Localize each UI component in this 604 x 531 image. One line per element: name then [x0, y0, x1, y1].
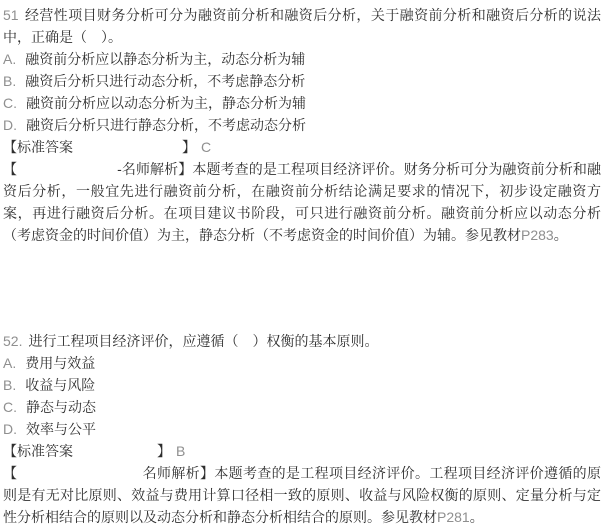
option-text: 静态与动态: [26, 399, 96, 415]
option-label: C.: [3, 95, 17, 111]
option-label: D.: [3, 421, 17, 437]
option-row-b: B.收益与风险: [3, 374, 601, 396]
textbook-page-ref: P281: [437, 509, 470, 525]
option-text: 效率与公平: [26, 421, 96, 437]
analysis-suffix: 。: [554, 227, 568, 243]
question-stem-text: 进行工程项目经济评价，应遵循（ ）权衡的基本原则。: [28, 333, 378, 349]
option-row-c: C.静态与动态: [3, 396, 601, 418]
option-row-d: D.效率与公平: [3, 418, 601, 440]
analysis-open-bracket: 【: [3, 465, 17, 481]
option-text: 收益与风险: [25, 377, 95, 393]
question-stem-text: 经营性项目财务分析可分为融资前分析和融资后分析，关于融资前分析和融资后分析的说法…: [3, 7, 601, 45]
option-text: 融资前分析应以动态分析为主，静态分析为辅: [26, 95, 306, 111]
question-52: 52.进行工程项目经济评价，应遵循（ ）权衡的基本原则。 A.费用与效益 B.收…: [3, 330, 601, 528]
analysis-label: -名师解析】: [117, 161, 192, 177]
answer-value: C: [201, 139, 211, 155]
analysis-label: 名师解析】: [142, 465, 214, 481]
option-row-a: A.费用与效益: [3, 352, 601, 374]
standard-answer-line: 【标准答案】B: [3, 440, 601, 462]
question-51: 51经营性项目财务分析可分为融资前分析和融资后分析，关于融资前分析和融资后分析的…: [3, 4, 601, 246]
option-text: 融资前分析应以静态分析为主，动态分析为辅: [25, 51, 305, 67]
option-label: A.: [3, 51, 16, 67]
analysis-open-bracket: 【: [3, 161, 17, 177]
option-row-c: C.融资前分析应以动态分析为主，静态分析为辅: [3, 92, 601, 114]
analysis-gap: [17, 477, 142, 478]
question-stem: 52.进行工程项目经济评价，应遵循（ ）权衡的基本原则。: [3, 330, 601, 352]
option-row-b: B.融资后分析只进行动态分析，不考虑静态分析: [3, 70, 601, 92]
option-label: B.: [3, 377, 16, 393]
answer-value: B: [176, 443, 185, 459]
answer-label: 【标准答案: [3, 139, 73, 155]
question-stem: 51经营性项目财务分析可分为融资前分析和融资后分析，关于融资前分析和融资后分析的…: [3, 4, 601, 48]
option-row-d: D.融资后分析只进行静态分析，不考虑动态分析: [3, 114, 601, 136]
option-label: D.: [3, 117, 17, 133]
option-row-a: A.融资前分析应以静态分析为主，动态分析为辅: [3, 48, 601, 70]
analysis-suffix: 。: [470, 509, 484, 525]
exam-document-page: 51经营性项目财务分析可分为融资前分析和融资后分析，关于融资前分析和融资后分析的…: [0, 0, 604, 531]
option-text: 融资后分析只进行静态分析，不考虑动态分析: [26, 117, 306, 133]
analysis-paragraph: 【-名师解析】本题考查的是工程项目经济评价。财务分析可分为融资前分析和融资后分析…: [3, 158, 601, 246]
answer-gap: [73, 455, 157, 456]
question-number: 51: [3, 7, 19, 23]
answer-label: 【标准答案: [3, 443, 73, 459]
answer-close-bracket: 】: [157, 443, 171, 459]
option-label: B.: [3, 73, 16, 89]
question-number: 52.: [3, 333, 22, 349]
analysis-text: 本题考查的是工程项目经济评价。工程项目经济评价遵循的原则是有无对比原则、效益与费…: [3, 465, 601, 525]
analysis-gap: [17, 173, 117, 174]
textbook-page-ref: P283: [521, 227, 554, 243]
option-text: 融资后分析只进行动态分析，不考虑静态分析: [25, 73, 305, 89]
option-text: 费用与效益: [25, 355, 95, 371]
analysis-paragraph: 【名师解析】本题考查的是工程项目经济评价。工程项目经济评价遵循的原则是有无对比原…: [3, 462, 601, 528]
standard-answer-line: 【标准答案】C: [3, 136, 601, 158]
answer-close-bracket: 】: [182, 139, 196, 155]
option-label: A.: [3, 355, 16, 371]
answer-gap: [73, 151, 182, 152]
option-label: C.: [3, 399, 17, 415]
